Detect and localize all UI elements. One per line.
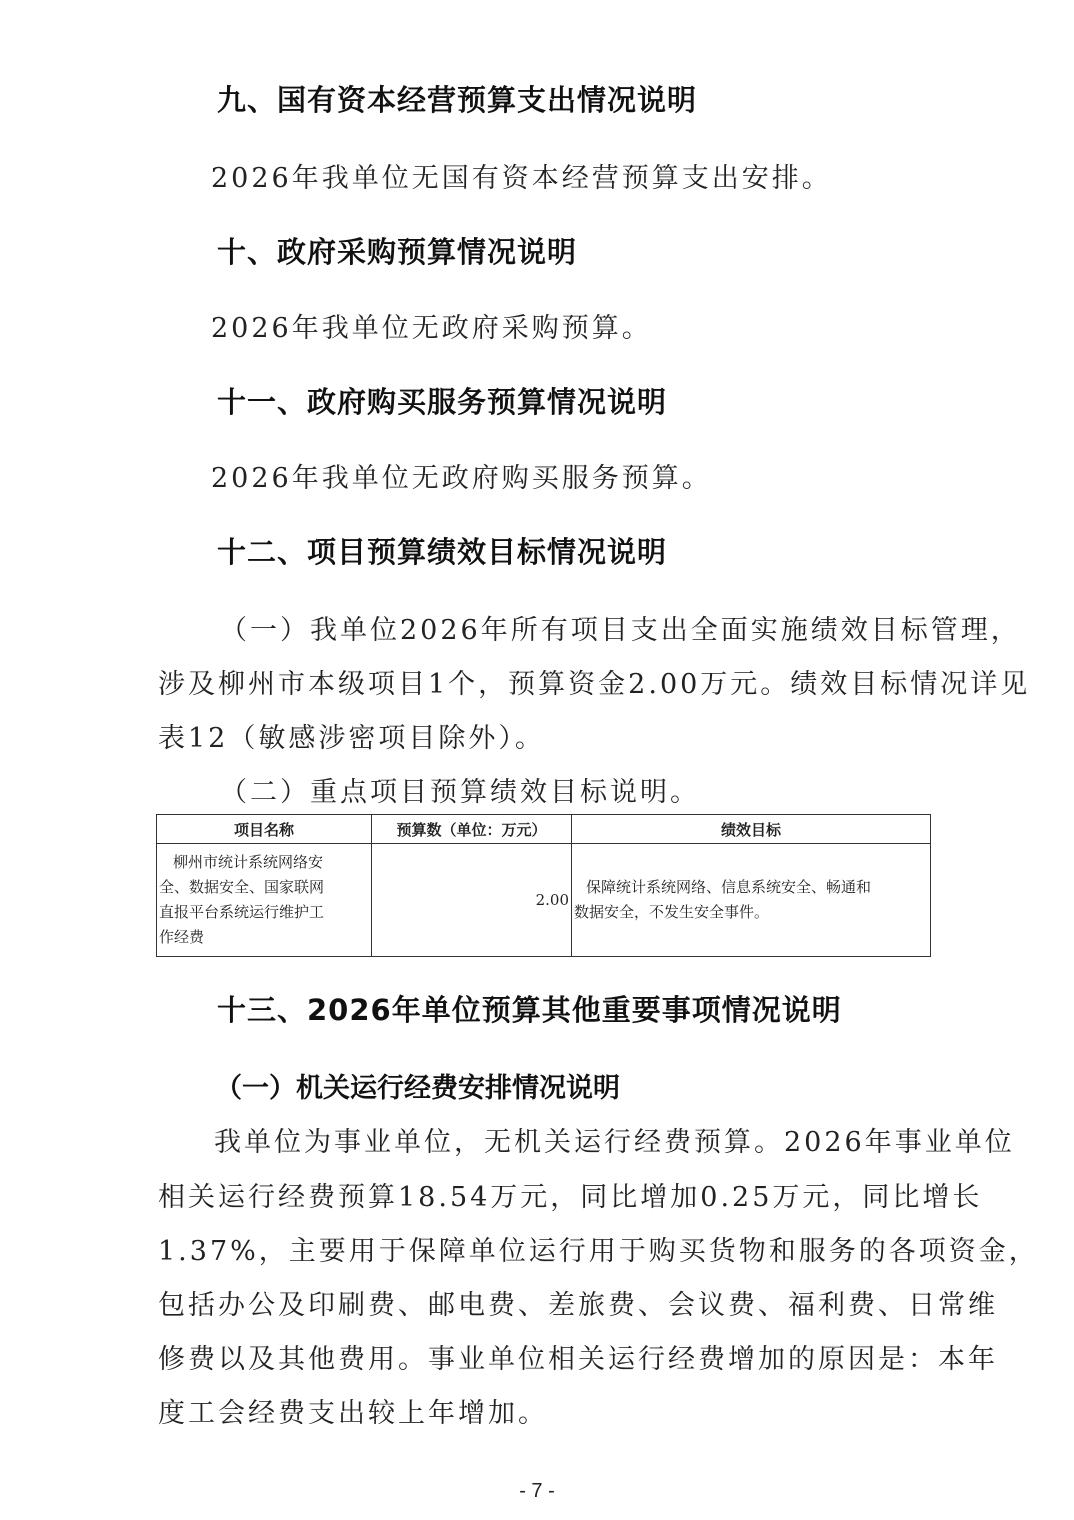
section-body-11: 2026年我单位无政府购买服务预算。 — [211, 456, 712, 495]
cell-project-name: 柳州市统计系统网络安 全、数据安全、国家联网 直报平台系统运行维护工 作经费 — [157, 844, 372, 957]
section-heading-10: 十、政府采购预算情况说明 — [217, 230, 577, 271]
cell-line: 作经费 — [159, 925, 369, 950]
cell-line: 数据安全，不发生安全事件。 — [574, 900, 928, 925]
performance-goals-table: 项目名称 预算数（单位：万元） 绩效目标 柳州市统计系统网络安 全、数据安全、国… — [156, 814, 931, 957]
cell-budget-amount: 2.00 — [372, 844, 572, 957]
subsection-heading: （一）机关运行经费安排情况说明 — [215, 1066, 620, 1105]
paragraph-line: 1.37%，主要用于保障单位运行用于购买货物和服务的各项资金， — [158, 1229, 1039, 1268]
section-heading-12: 十二、项目预算绩效目标情况说明 — [217, 530, 667, 571]
section-heading-13: 十三、2026年单位预算其他重要事项情况说明 — [217, 988, 842, 1029]
paragraph-line: 我单位为事业单位，无机关运行经费预算。2026年事业单位 — [214, 1120, 1015, 1159]
cell-line: 全、数据安全、国家联网 — [159, 875, 369, 900]
column-header-project-name: 项目名称 — [157, 815, 372, 844]
cell-line: 直报平台系统运行维护工 — [159, 900, 369, 925]
section-body-10: 2026年我单位无政府采购预算。 — [211, 306, 652, 345]
paragraph-line: 度工会经费支出较上年增加。 — [158, 1391, 548, 1430]
paragraph-line: 修费以及其他费用。事业单位相关运行经费增加的原因是：本年 — [158, 1337, 998, 1376]
paragraph-line: （二）重点项目预算绩效目标说明。 — [220, 770, 700, 809]
cell-performance-goal: 保障统计系统网络、信息系统安全、畅通和 数据安全，不发生安全事件。 — [572, 844, 931, 957]
page-number: - 7 - — [0, 1480, 1074, 1503]
cell-line: 保障统计系统网络、信息系统安全、畅通和 — [574, 875, 928, 900]
document-page: 九、国有资本经营预算支出情况说明 2026年我单位无国有资本经营预算支出安排。 … — [0, 0, 1074, 1520]
section-body-9: 2026年我单位无国有资本经营预算支出安排。 — [211, 156, 832, 195]
paragraph-line: 表12（敏感涉密项目除外）。 — [158, 716, 545, 755]
section-heading-9: 九、国有资本经营预算支出情况说明 — [217, 78, 697, 119]
column-header-budget-amount: 预算数（单位：万元） — [372, 815, 572, 844]
paragraph-line: （一）我单位2026年所有项目支出全面实施绩效目标管理， — [220, 608, 1021, 647]
paragraph-line: 相关运行经费预算18.54万元，同比增加0.25万元，同比增长 — [158, 1175, 982, 1214]
table-row: 柳州市统计系统网络安 全、数据安全、国家联网 直报平台系统运行维护工 作经费 2… — [157, 844, 931, 957]
table-header-row: 项目名称 预算数（单位：万元） 绩效目标 — [157, 815, 931, 844]
cell-line: 柳州市统计系统网络安 — [159, 850, 369, 875]
section-heading-11: 十一、政府购买服务预算情况说明 — [217, 380, 667, 421]
paragraph-line: 包括办公及印刷费、邮电费、差旅费、会议费、福利费、日常维 — [158, 1283, 998, 1322]
paragraph-line: 涉及柳州市本级项目1个，预算资金2.00万元。绩效目标情况详见 — [158, 662, 1030, 701]
column-header-performance-goal: 绩效目标 — [572, 815, 931, 844]
